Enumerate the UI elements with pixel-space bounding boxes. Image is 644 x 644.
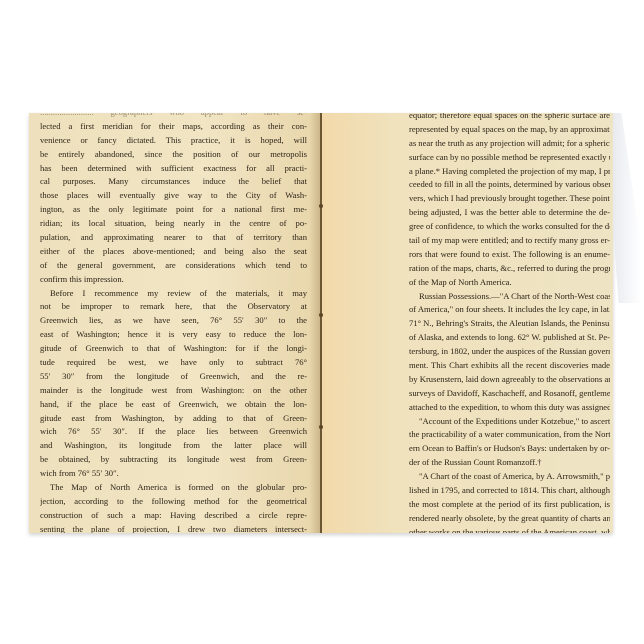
text-line: ......................... geographers wh… (40, 113, 307, 120)
text-line: represented by equal spaces on the map, … (409, 123, 610, 137)
text-line: a plane.* Having completed the projectio… (409, 165, 610, 179)
text-line: ceeded to fill in all the points, determ… (409, 178, 610, 192)
paragraph-start-line: The Map of North America is formed on th… (40, 481, 307, 495)
text-line: lished in 1795, and corrected to 1814. T… (409, 484, 610, 498)
text-line: ern Ocean to Baffin's or Hudson's Bays: … (409, 442, 610, 456)
text-line: tude required be west, we have only to s… (40, 356, 307, 370)
text-line: of the Map of North America. (409, 276, 610, 290)
right-page-text: equator; therefore equal spaces on the s… (409, 113, 610, 533)
text-line: ington, as the only legitimate point for… (40, 203, 307, 217)
text-line: be entirely abandoned, since the positio… (40, 148, 307, 162)
text-line: ment. This Chart exhibits all the recent… (409, 359, 610, 373)
text-line: jection, according to the following meth… (40, 495, 307, 509)
text-line: east of Washington; hence it is very eas… (40, 328, 307, 342)
text-line: surveys of Davidoff, Kaschacheff, and Ro… (409, 387, 610, 401)
text-line: ration of the maps, charts, &c., referre… (409, 262, 610, 276)
text-line: rors that were found to exist. The follo… (409, 248, 610, 262)
left-page-text: ......................... geographers wh… (40, 113, 307, 533)
text-line: construction of such a map: Having descr… (40, 509, 307, 523)
text-line: of Alaska, and extends to long. 62° W. p… (409, 331, 610, 345)
text-line: tail of my map were entitled; and to rec… (409, 234, 610, 248)
text-line: rendered nearly obsolete, by the great q… (409, 512, 610, 526)
text-line: lected a first meridian for their maps, … (40, 120, 307, 134)
binding-stitch (319, 313, 323, 317)
binding-stitch (319, 204, 323, 208)
text-line: surface can by no possible method be rep… (409, 151, 610, 165)
binding-stitch (319, 425, 323, 429)
paragraph-start-line: Before I recommence my review of the mat… (40, 287, 307, 301)
text-line: vers, which I had previously brought tog… (409, 192, 610, 206)
text-line: mainder is the longitude west from Washi… (40, 384, 307, 398)
paragraph-start-line: "A Chart of the coast of America, by A. … (409, 470, 610, 484)
text-line: wich from 76° 55′ 30″. (40, 467, 307, 481)
text-line: confirm this impression. (40, 273, 307, 287)
text-line: tersburg, in 1802, under the auspices of… (409, 345, 610, 359)
open-card: ......................... geographers wh… (29, 113, 613, 533)
text-line: equator; therefore equal spaces on the s… (409, 113, 610, 123)
text-line: has been determined with sufficient exac… (40, 162, 307, 176)
text-line: cal purposes. Many circumstances induce … (40, 175, 307, 189)
text-line: of the general government, are considera… (40, 259, 307, 273)
text-line: being adjusted, I was the better able to… (409, 206, 610, 220)
text-line: pulation, and approximating nearer to th… (40, 231, 307, 245)
text-line: Greenwich lies, as we have seen, 76° 55′… (40, 314, 307, 328)
text-line: 55′ 30″ from the longitude of Greenwich,… (40, 370, 307, 384)
text-line: gitude east from Washington, by adding t… (40, 412, 307, 426)
text-line: 71° N., Behring's Straits, the Aleutian … (409, 317, 610, 331)
text-line: der of the Russian Count Romanzoff.† (409, 456, 610, 470)
text-line: of America," on four sheets. It includes… (409, 303, 610, 317)
section-heading-line: Russian Possessions.—"A Chart of the Nor… (409, 290, 610, 304)
paragraph-start-line: "Account of the Expeditions under Kotzeb… (409, 415, 610, 429)
text-line: be obtained, by subtracting its longitud… (40, 453, 307, 467)
text-line: hand, if the place be east of Greenwich,… (40, 398, 307, 412)
text-line: venience or fancy dictated. This practic… (40, 134, 307, 148)
card-fold-spine (320, 113, 322, 533)
text-line: attached to the expedition, to whom this… (409, 401, 610, 415)
text-line: the most complete at the period of its f… (409, 498, 610, 512)
text-line: those places will eventually give way to… (40, 189, 307, 203)
text-line: gitude of Greenwich to that of Washingto… (40, 342, 307, 356)
text-line: other works on the various parts of the … (409, 526, 610, 533)
text-line: wich 76° 55′ 30″. If the place lies betw… (40, 425, 307, 439)
text-line: either of the places above-mentioned; an… (40, 245, 307, 259)
card-back-flap-shadow (613, 113, 641, 303)
left-page: ......................... geographers wh… (29, 113, 321, 533)
text-line: by Krusenstern, laid down agreeably to t… (409, 373, 610, 387)
text-line: the practicability of a water communicat… (409, 428, 610, 442)
text-line: and Washington, its longitude from the l… (40, 439, 307, 453)
right-page: equator; therefore equal spaces on the s… (321, 113, 613, 533)
text-line: gree of confidence, to which the works c… (409, 220, 610, 234)
text-line: not be improper to remark here, that the… (40, 300, 307, 314)
text-line: as near the truth as any projection will… (409, 137, 610, 151)
text-line: senting the plane of projection, I drew … (40, 523, 307, 533)
text-line: ridian; its local situation, being nearl… (40, 217, 307, 231)
